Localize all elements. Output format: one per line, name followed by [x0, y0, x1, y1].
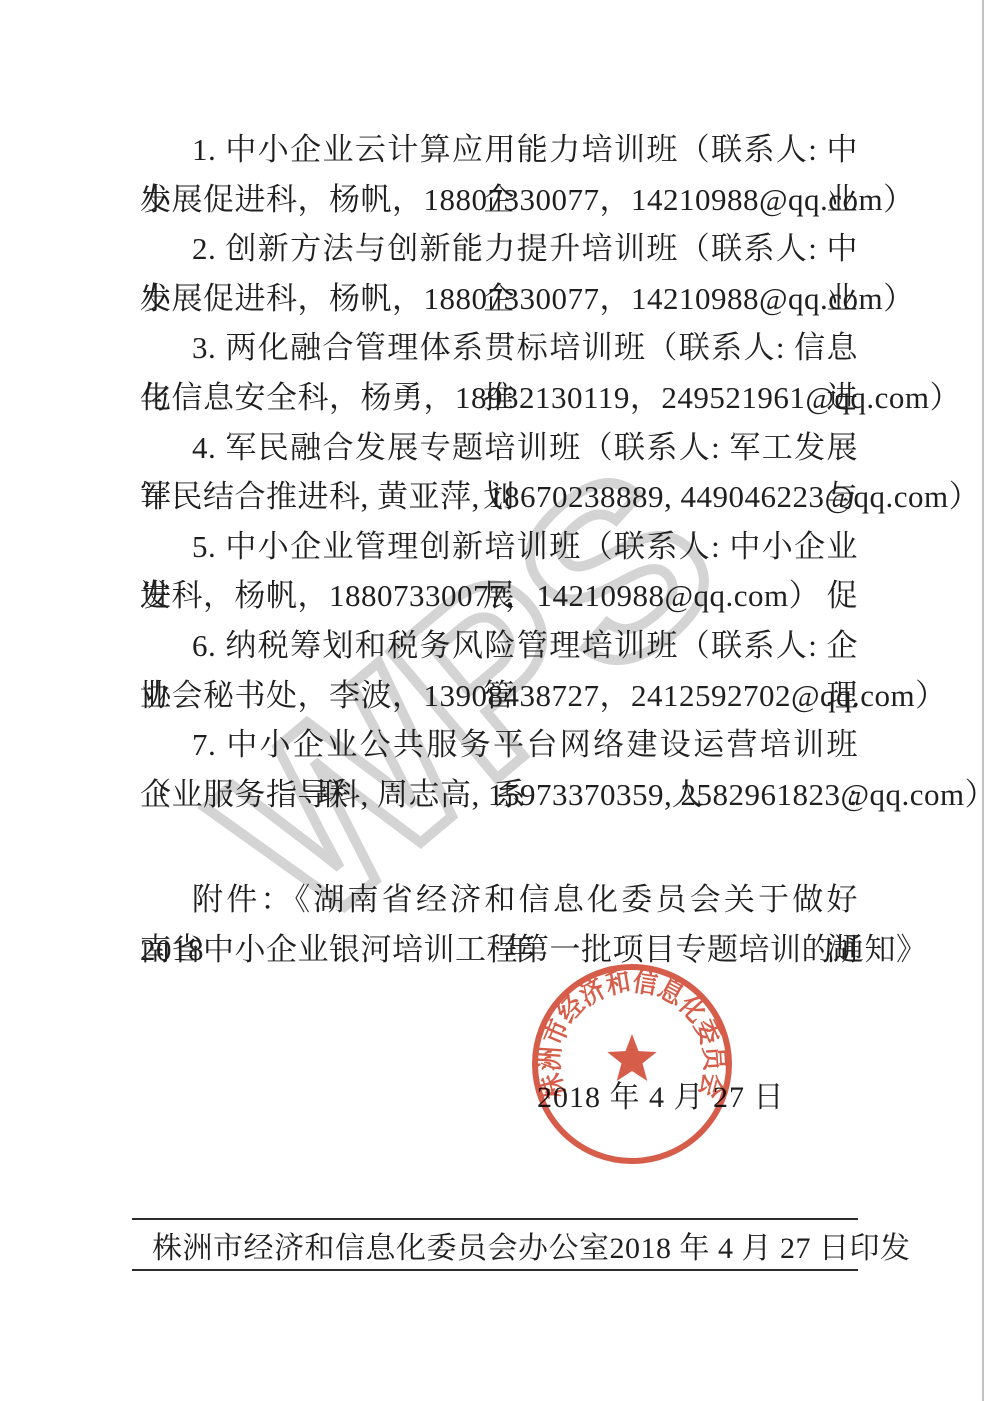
text-line: 2. 创新方法与创新能力提升培训班（联系人: 中小企业 — [140, 224, 858, 274]
text-line: 军民结合推进科, 黄亚萍, 18670238889, 449046223@qq.… — [140, 472, 858, 522]
text-line: 6. 纳税筹划和税务风险管理培训班（联系人: 企业管理 — [140, 621, 858, 671]
scan-edge-artifact — [982, 0, 984, 1401]
text-line: 与信息安全科，杨勇，18932130119，249521961@qq.com） — [140, 373, 858, 423]
seal-ring — [535, 967, 729, 1161]
text-line: 7. 中小企业公共服务平台网络建设运营培训班（联系人: — [140, 720, 858, 770]
text-line: 4. 军民融合发展专题培训班（联系人: 军工发展计划与 — [140, 423, 858, 473]
text-line: 5. 中小企业管理创新培训班（联系人: 中小企业发展促 — [140, 522, 858, 572]
footer-print-date: 2018 年 4 月 27 日印发 — [610, 1223, 911, 1267]
attachment-note: 附件：《湖南省经济和信息化委员会关于做好 2018 年湖南省中小企业银河培训工程… — [140, 875, 858, 974]
issue-date: 2018 年 4 月 27 日 — [537, 1072, 785, 1116]
text-line: 附件：《湖南省经济和信息化委员会关于做好 2018 年湖 — [140, 875, 858, 925]
scanned-document-page: WPS 1. 中小企业云计算应用能力培训班（联系人: 中小企业发展促进科，杨帆，… — [0, 0, 991, 1401]
footer: 株洲市经济和信息化委员会办公室 2018 年 4 月 27 日印发 — [132, 1218, 858, 1271]
text-line: 进科，杨帆，18807330077，14210988@qq.com） — [140, 571, 858, 621]
text-line: 3. 两化融合管理体系贯标培训班（联系人: 信息化推进 — [140, 323, 858, 373]
text-line: 南省中小企业银河培训工程第一批项目专题培训的通知》 — [140, 925, 858, 975]
text-line: 协会秘书处，李波，13908438727，2412592702@qq.com） — [140, 671, 858, 721]
official-seal: 株洲市经济和信息化委员会 — [522, 954, 742, 1174]
text-line: 发展促进科，杨帆，18807330077，14210988@qq.com） — [140, 175, 858, 225]
footer-office: 株洲市经济和信息化委员会办公室 — [152, 1223, 610, 1267]
text-line: 企业服务指导科, 周志高, 15973370359, 2582961823@qq… — [140, 770, 858, 820]
text-line: 发展促进科，杨帆，18807330077，14210988@qq.com） — [140, 274, 858, 324]
text-line: 1. 中小企业云计算应用能力培训班（联系人: 中小企业 — [140, 125, 858, 175]
training-list: 1. 中小企业云计算应用能力培训班（联系人: 中小企业发展促进科，杨帆，1880… — [140, 125, 858, 819]
